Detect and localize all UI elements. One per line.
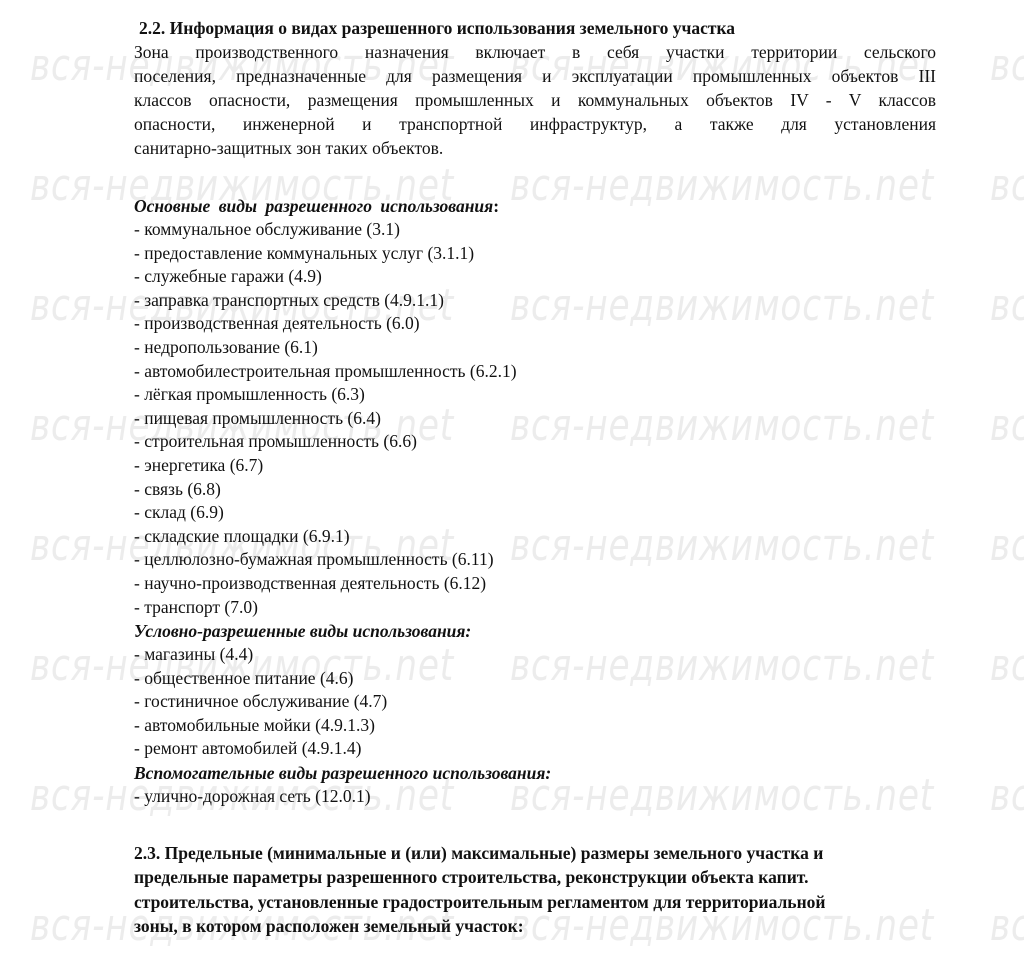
- list-item: - научно-производственная деятельность (…: [134, 572, 936, 596]
- list-item: - недропользование (6.1): [134, 336, 936, 360]
- list-item: - улично-дорожная сеть (12.0.1): [134, 785, 936, 809]
- watermark-text: вся-недвижимость.net: [990, 520, 1024, 571]
- conditional-uses-title: Условно-разрешенные виды использования:: [134, 619, 936, 643]
- section-2-2-intro: Зона производственного назначения включа…: [134, 40, 936, 160]
- watermark-text: вся-недвижимость.net: [990, 900, 1024, 951]
- main-uses-title-text: Основные виды разрешенного использования: [134, 196, 493, 216]
- list-item: - предоставление коммунальных услуг (3.1…: [134, 242, 936, 266]
- section-2-3-heading-line: зоны, в котором расположен земельный уча…: [134, 914, 936, 939]
- list-item: - производственная деятельность (6.0): [134, 312, 936, 336]
- list-item: - автомобилестроительная промышленность …: [134, 360, 936, 384]
- main-uses-title-colon: :: [493, 196, 499, 216]
- watermark-text: вся-недвижимость.net: [990, 40, 1024, 91]
- list-item: - пищевая промышленность (6.4): [134, 407, 936, 431]
- list-item: - общественное питание (4.6): [134, 667, 936, 691]
- intro-line: поселения, предназначенные для размещени…: [134, 64, 936, 88]
- auxiliary-uses-list: - улично-дорожная сеть (12.0.1): [134, 785, 936, 809]
- list-item: - автомобильные мойки (4.9.1.3): [134, 714, 936, 738]
- list-item: - лёгкая промышленность (6.3): [134, 383, 936, 407]
- list-item: - служебные гаражи (4.9): [134, 265, 936, 289]
- auxiliary-uses-title: Вспомогательные виды разрешенного исполь…: [134, 761, 936, 785]
- intro-line: классов опасности, размещения промышленн…: [134, 88, 936, 112]
- list-item: - связь (6.8): [134, 478, 936, 502]
- list-item: - ремонт автомобилей (4.9.1.4): [134, 737, 936, 761]
- list-item: - строительная промышленность (6.6): [134, 430, 936, 454]
- intro-line: Зона производственного назначения включа…: [134, 40, 936, 64]
- list-item: - коммунальное обслуживание (3.1): [134, 218, 936, 242]
- list-item: - целлюлозно-бумажная промышленность (6.…: [134, 548, 936, 572]
- watermark-text: вся-недвижимость.net: [990, 400, 1024, 451]
- watermark-text: вся-недвижимость.net: [990, 640, 1024, 691]
- main-uses-title: Основные виды разрешенного использования…: [134, 194, 936, 218]
- conditional-uses-list: - магазины (4.4)- общественное питание (…: [134, 643, 936, 761]
- section-2-3-heading-line: предельные параметры разрешенного строит…: [134, 865, 936, 890]
- watermark-text: вся-недвижимость.net: [990, 280, 1024, 331]
- document-page: 2.2. Информация о видах разрешенного исп…: [134, 16, 936, 939]
- intro-line: санитарно-защитных зон таких объектов.: [134, 136, 936, 160]
- list-item: - заправка транспортных средств (4.9.1.1…: [134, 289, 936, 313]
- intro-line: опасности, инженерной и транспортной инф…: [134, 112, 936, 136]
- section-2-3-heading-line: 2.3. Предельные (минимальные и (или) мак…: [134, 841, 936, 866]
- list-item: - энергетика (6.7): [134, 454, 936, 478]
- list-item: - магазины (4.4): [134, 643, 936, 667]
- section-2-2-heading: 2.2. Информация о видах разрешенного исп…: [134, 16, 936, 40]
- list-item: - складские площадки (6.9.1): [134, 525, 936, 549]
- section-2-3-heading-line: строительства, установленные градостроит…: [134, 890, 936, 915]
- watermark-text: вся-недвижимость.net: [990, 770, 1024, 821]
- main-uses-list: - коммунальное обслуживание (3.1)- предо…: [134, 218, 936, 619]
- list-item: - склад (6.9): [134, 501, 936, 525]
- watermark-text: вся-недвижимость.net: [990, 160, 1024, 211]
- section-2-3-heading: 2.3. Предельные (минимальные и (или) мак…: [134, 841, 936, 939]
- list-item: - транспорт (7.0): [134, 596, 936, 620]
- list-item: - гостиничное обслуживание (4.7): [134, 690, 936, 714]
